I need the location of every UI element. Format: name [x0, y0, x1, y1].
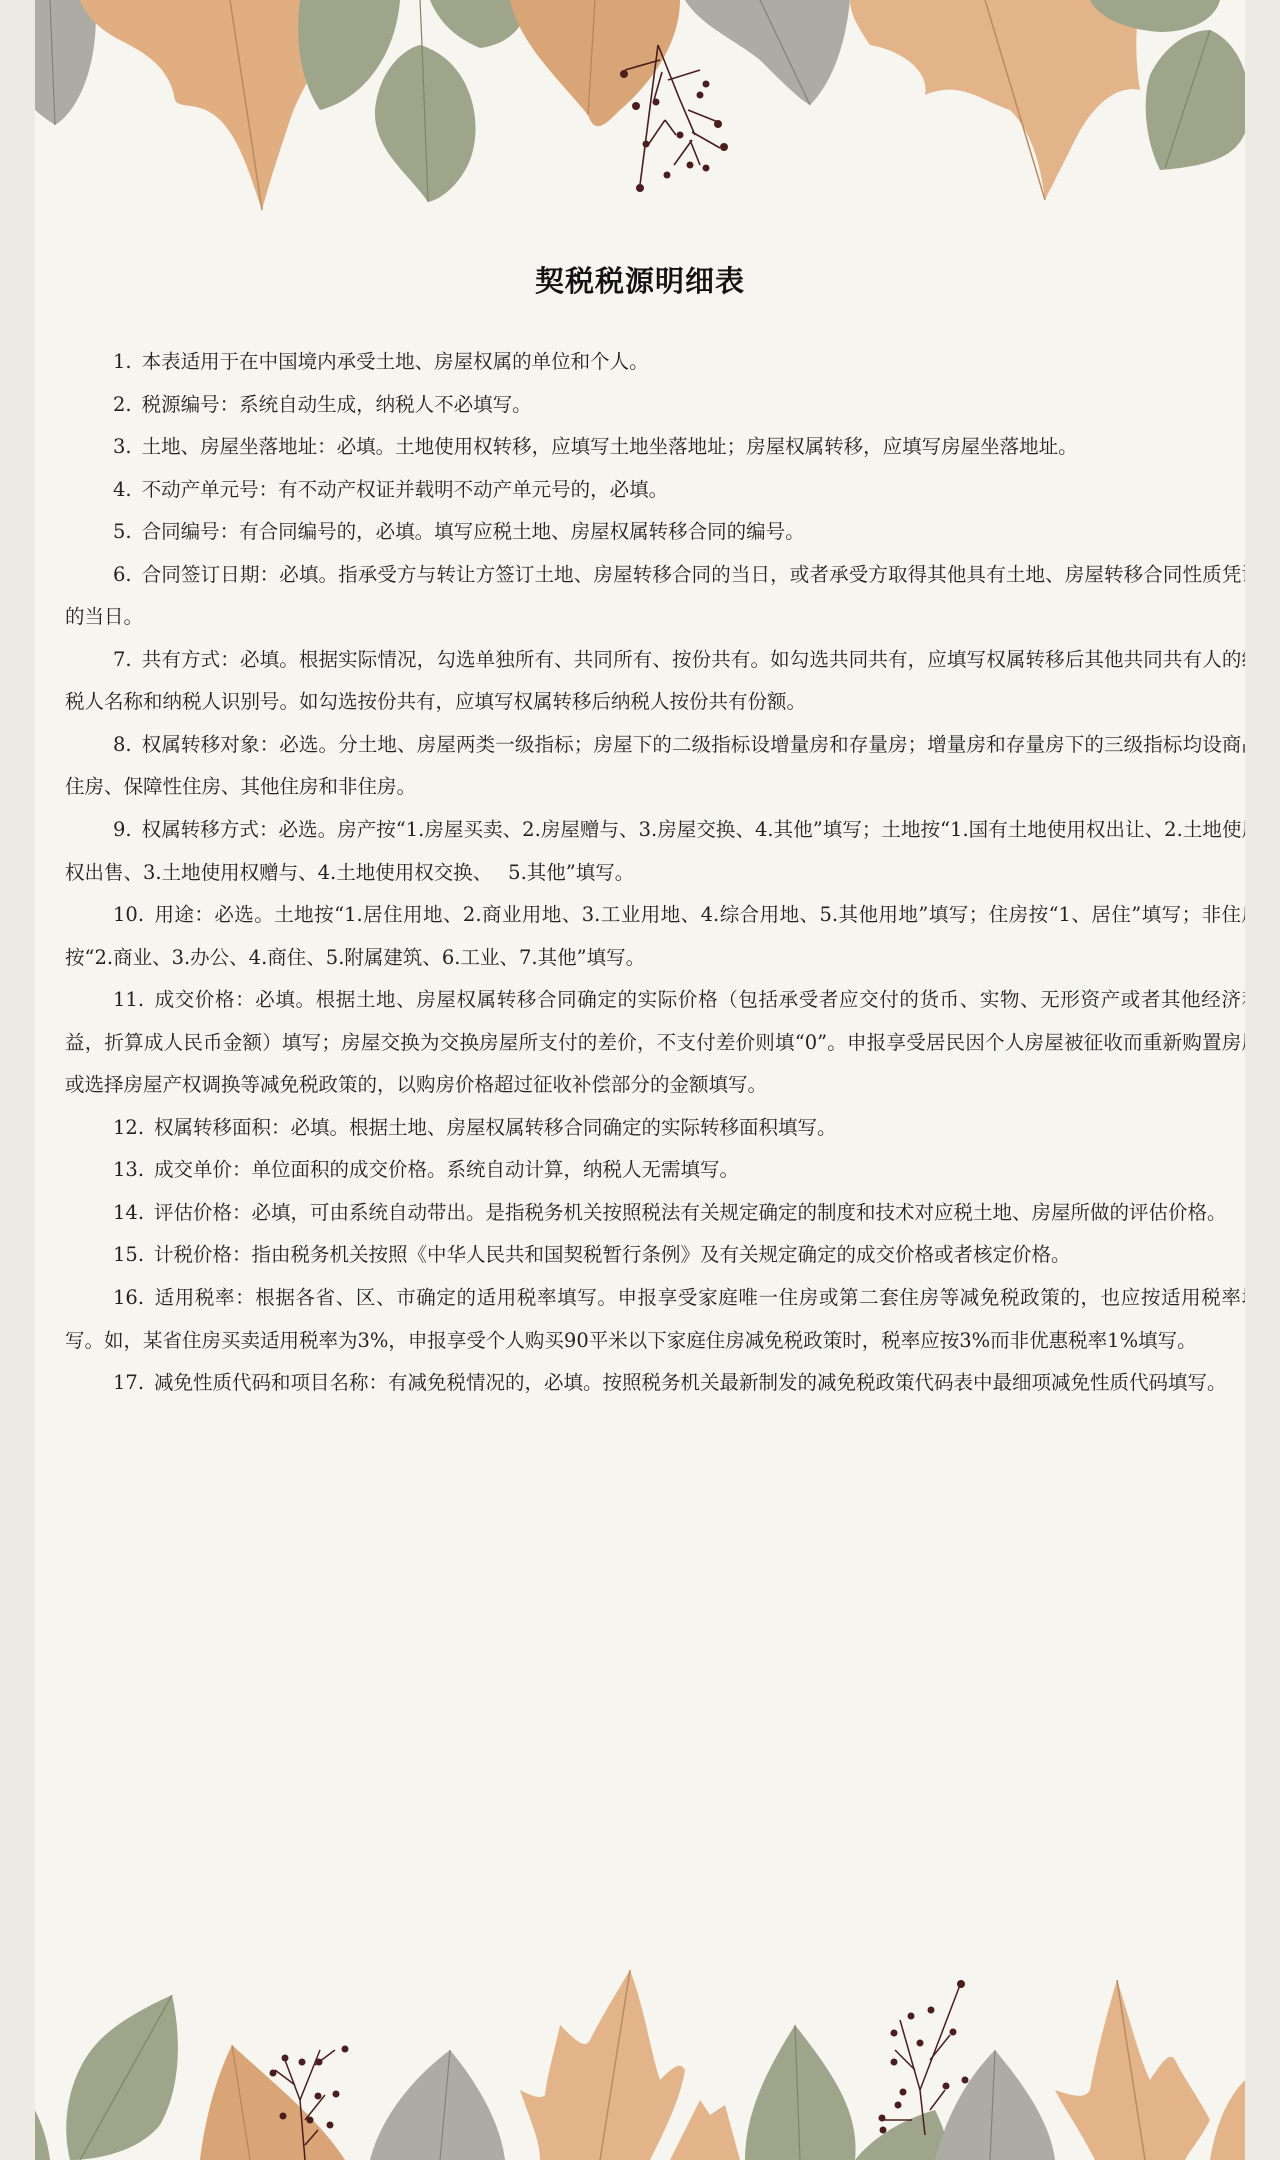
item-text: 评估价格：必填，可由系统自动带出。是指税务机关按照税法有关规定确定的制度和技术对…	[154, 1201, 1227, 1224]
list-item: 12.权属转移面积：必填。根据土地、房屋权属转移合同确定的实际转移面积填写。	[65, 1107, 1245, 1150]
list-item: 2.税源编号：系统自动生成，纳税人不必填写。	[65, 384, 1245, 427]
item-text: 权属转移方式：必选。房产按“1.房屋买卖、2.房屋赠与、3.房屋交换、4.其他”…	[65, 818, 1245, 884]
item-number: 1.	[113, 350, 132, 373]
item-number: 3.	[113, 435, 132, 458]
list-item: 10.用途：必选。土地按“1.居住用地、2.商业用地、3.工业用地、4.综合用地…	[65, 894, 1245, 979]
item-number: 7.	[113, 648, 132, 671]
item-number: 8.	[113, 733, 132, 756]
item-number: 10.	[113, 903, 144, 926]
item-text: 成交单价：单位面积的成交价格。系统自动计算，纳税人无需填写。	[154, 1158, 739, 1181]
item-text: 用途：必选。土地按“1.居住用地、2.商业用地、3.工业用地、4.综合用地、5.…	[65, 903, 1245, 969]
item-number: 5.	[113, 520, 132, 543]
list-item: 9.权属转移方式：必选。房产按“1.房屋买卖、2.房屋赠与、3.房屋交换、4.其…	[65, 809, 1245, 894]
item-text: 权属转移面积：必填。根据土地、房屋权属转移合同确定的实际转移面积填写。	[154, 1116, 837, 1139]
item-text: 合同编号：有合同编号的，必填。填写应税土地、房屋权属转移合同的编号。	[142, 520, 805, 543]
list-item: 4.不动产单元号：有不动产权证并载明不动产单元号的，必填。	[65, 469, 1245, 512]
item-text: 本表适用于在中国境内承受土地、房屋权属的单位和个人。	[142, 350, 649, 373]
list-item: 3.土地、房屋坐落地址：必填。土地使用权转移，应填写土地坐落地址；房屋权属转移，…	[65, 426, 1245, 469]
list-item: 17.减免性质代码和项目名称：有减免税情况的，必填。按照税务机关最新制发的减免税…	[65, 1362, 1245, 1405]
list-item: 5.合同编号：有合同编号的，必填。填写应税土地、房屋权属转移合同的编号。	[65, 511, 1245, 554]
item-text: 不动产单元号：有不动产权证并载明不动产单元号的，必填。	[142, 478, 669, 501]
item-text: 适用税率：根据各省、区、市确定的适用税率填写。申报享受家庭唯一住房或第二套住房等…	[65, 1286, 1245, 1352]
item-number: 2.	[113, 393, 132, 416]
item-number: 17.	[113, 1371, 144, 1394]
instructions-list: 1.本表适用于在中国境内承受土地、房屋权属的单位和个人。 2.税源编号：系统自动…	[65, 341, 1245, 1405]
item-text: 合同签订日期：必填。指承受方与转让方签订土地、房屋转移合同的当日，或者承受方取得…	[65, 563, 1245, 629]
document-page: 契税税源明细表 1.本表适用于在中国境内承受土地、房屋权属的单位和个人。 2.税…	[35, 0, 1245, 2160]
list-item: 13.成交单价：单位面积的成交价格。系统自动计算，纳税人无需填写。	[65, 1149, 1245, 1192]
list-item: 16.适用税率：根据各省、区、市确定的适用税率填写。申报享受家庭唯一住房或第二套…	[65, 1277, 1245, 1362]
item-text: 共有方式：必填。根据实际情况，勾选单独所有、共同所有、按份共有。如勾选共同共有，…	[65, 648, 1245, 714]
item-number: 11.	[113, 988, 144, 1011]
list-item: 1.本表适用于在中国境内承受土地、房屋权属的单位和个人。	[65, 341, 1245, 384]
leaf-decoration-bottom-icon	[35, 1970, 1245, 2160]
list-item: 14.评估价格：必填，可由系统自动带出。是指税务机关按照税法有关规定确定的制度和…	[65, 1192, 1245, 1235]
list-item: 6.合同签订日期：必填。指承受方与转让方签订土地、房屋转移合同的当日，或者承受方…	[65, 554, 1245, 639]
item-number: 4.	[113, 478, 132, 501]
item-text: 计税价格：指由税务机关按照《中华人民共和国契税暂行条例》及有关规定确定的成交价格…	[154, 1243, 1071, 1266]
item-number: 14.	[113, 1201, 144, 1224]
item-number: 12.	[113, 1116, 144, 1139]
item-text: 土地、房屋坐落地址：必填。土地使用权转移，应填写土地坐落地址；房屋权属转移，应填…	[142, 435, 1078, 458]
item-number: 16.	[113, 1286, 144, 1309]
list-item: 8.权属转移对象：必选。分土地、房屋两类一级指标；房屋下的二级指标设增量房和存量…	[65, 724, 1245, 809]
item-text: 税源编号：系统自动生成，纳税人不必填写。	[142, 393, 532, 416]
leaf-decoration-top-icon	[35, 0, 1245, 230]
item-number: 6.	[113, 563, 132, 586]
item-number: 9.	[113, 818, 132, 841]
item-text: 减免性质代码和项目名称：有减免税情况的，必填。按照税务机关最新制发的减免税政策代…	[154, 1371, 1227, 1394]
item-number: 13.	[113, 1158, 144, 1181]
item-text: 成交价格：必填。根据土地、房屋权属转移合同确定的实际价格（包括承受者应交付的货币…	[65, 988, 1245, 1096]
list-item: 15.计税价格：指由税务机关按照《中华人民共和国契税暂行条例》及有关规定确定的成…	[65, 1234, 1245, 1277]
item-number: 15.	[113, 1243, 144, 1266]
list-item: 7.共有方式：必填。根据实际情况，勾选单独所有、共同所有、按份共有。如勾选共同共…	[65, 639, 1245, 724]
page-title: 契税税源明细表	[35, 259, 1245, 300]
item-text: 权属转移对象：必选。分土地、房屋两类一级指标；房屋下的二级指标设增量房和存量房；…	[65, 733, 1245, 799]
list-item: 11.成交价格：必填。根据土地、房屋权属转移合同确定的实际价格（包括承受者应交付…	[65, 979, 1245, 1107]
